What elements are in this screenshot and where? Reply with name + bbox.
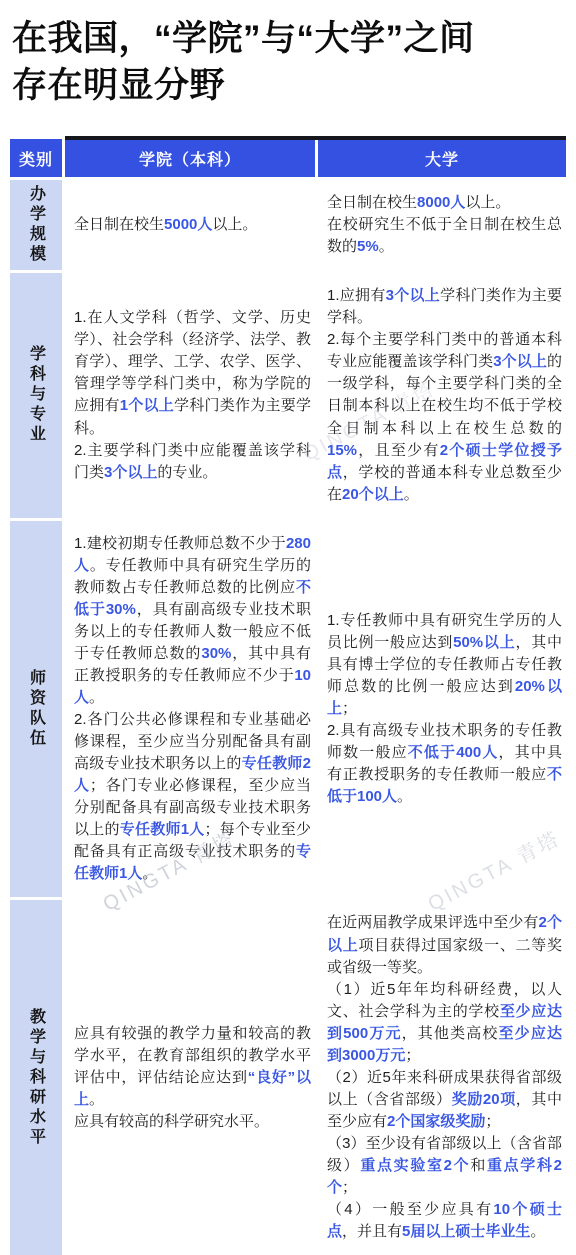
highlight-segment: 不低于400人 [408,744,499,761]
university-cell-teaching-research: 在近两届教学成果评选中至少有2个以上项目获得过国家级一、二等奖或省级一等奖。（1… [318,900,566,1255]
highlight-segment: 15% [327,442,357,459]
text-segment: 。 [89,1091,104,1108]
cell-paragraph: 1.专任教师中具有研究生学历的人员比例一般应达到50%以上，其中具有博士学位的专… [327,610,562,720]
text-segment: 。 [379,238,394,255]
cell-paragraph: 全日制在校生8000人以上。 [327,192,562,214]
text-segment: 1.建校初期专任教师总数不少于 [74,535,286,552]
highlight-segment: 20个以上 [342,486,404,503]
highlight-segment: 1个以上 [120,397,174,414]
text-segment: 。 [89,689,104,706]
category-label: 学科与专业 [25,345,48,445]
category-label: 师资队伍 [25,669,48,749]
highlight-segment: 30% [201,645,231,662]
text-segment: 。 [397,788,412,805]
infographic-page: 在我国，“学院”与“大学”之间 存在明显分野 类别 学院（本科） 大学 办学规模… [0,0,576,1255]
text-segment: ，其他类高校 [402,1025,499,1042]
highlight-segment: 专任教师1人 [120,821,205,838]
cell-paragraph: 1.在人文学科（哲学、文学、历史学）、社会学科（经济学、法学、教育学）、理学、工… [74,307,311,439]
text-segment: ，且至少有 [357,442,440,459]
university-cell-disciplines: 1.应拥有3个以上学科门类作为主要学科。2.每个主要学科门类中的普通本科专业应能… [318,273,566,517]
text-segment: 全日制在校生 [327,194,417,211]
highlight-segment: 2个国家级奖励 [387,1113,485,1130]
cell-paragraph: 2.各门公共必修课程和专业基础必修课程，至少应当分别配备具有副高级专业技术职务以… [74,709,311,885]
category-cell-scale: 办学规模 [10,180,62,270]
college-cell-disciplines: 1.在人文学科（哲学、文学、历史学）、社会学科（经济学、法学、教育学）、理学、工… [65,273,315,517]
header-cell-college: 学院（本科） [65,139,315,177]
highlight-segment: 3个以上 [493,353,547,370]
page-title: 在我国，“学院”与“大学”之间 存在明显分野 [0,0,576,109]
title-line-2: 存在明显分野 [12,63,562,110]
cell-paragraph: 2.具有高级专业技术职务的专任教师数一般应不低于400人，其中具有正教授职务的专… [327,720,562,808]
cell-paragraph: （3）至少设有省部级以上（含省部级）重点实验室2个和重点学科2个； [327,1133,562,1199]
text-segment: 和 [470,1157,487,1174]
text-segment: ； [342,700,357,717]
college-cell-teaching-research: 应具有较强的教学力量和较高的教学水平，在教育部组织的教学水平评估中，评估结论应达… [65,900,315,1255]
text-segment: 1.应拥有 [327,287,386,304]
comparison-table: 类别 学院（本科） 大学 办学规模 全日制在校生5000人以上。 全日制在校生8… [10,139,566,1255]
category-label: 办学规模 [25,185,48,265]
text-segment: 以上。 [212,216,257,233]
text-segment: 的专业。 [157,464,217,481]
college-cell-faculty: 1.建校初期专任教师总数不少于280人。专任教师中具有研究生学历的教师数占专任教… [65,521,315,898]
title-line-1: 在我国，“学院”与“大学”之间 [12,16,562,63]
cell-paragraph: 在校研究生不低于全日制在校生总数的5%。 [327,214,562,258]
college-cell-scale: 全日制在校生5000人以上。 [65,180,315,270]
text-segment: ； [485,1113,500,1130]
header-cell-university: 大学 [318,139,566,177]
text-segment: 项目获得过国家级一、二等奖或省级一等奖。 [327,937,562,976]
text-segment: 。专任教师中具有研究生学历的教师数占专任教师总数的比例应 [74,557,311,596]
cell-paragraph: 在近两届教学成果评选中至少有2个以上项目获得过国家级一、二等奖或省级一等奖。 [327,912,562,978]
highlight-segment: 3个以上 [386,287,440,304]
cell-paragraph: 2.主要学科门类中应能覆盖该学科门类3个以上的专业。 [74,440,311,484]
university-cell-faculty: 1.专任教师中具有研究生学历的人员比例一般应达到50%以上，其中具有博士学位的专… [318,521,566,898]
text-segment: 。 [404,486,419,503]
text-segment: 。 [142,865,157,882]
cell-paragraph: 1.建校初期专任教师总数不少于280人。专任教师中具有研究生学历的教师数占专任教… [74,533,311,709]
category-cell-faculty: 师资队伍 [10,521,62,898]
cell-paragraph: 全日制在校生5000人以上。 [74,214,311,236]
highlight-segment: 8000人 [417,194,465,211]
category-cell-teaching-research: 教学与科研水平 [10,900,62,1255]
highlight-segment: 5届以上硕士毕业生 [402,1223,530,1240]
text-segment: （4）一般至少应具有 [327,1201,493,1218]
cell-paragraph: 1.应拥有3个以上学科门类作为主要学科。 [327,285,562,329]
university-cell-scale: 全日制在校生8000人以上。在校研究生不低于全日制在校生总数的5%。 [318,180,566,270]
cell-paragraph: （4）一般至少应具有10个硕士点，并且有5届以上硕士毕业生。 [327,1199,562,1243]
table-top-accent-line [65,136,566,140]
text-segment: 。 [530,1223,545,1240]
cell-paragraph: 2.每个主要学科门类中的普通本科专业应能覆盖该学科门类3个以上的一级学科，每个主… [327,329,562,505]
text-segment: 全日制在校生 [74,216,164,233]
text-segment: ，并且有 [342,1223,402,1240]
highlight-segment: 5% [357,238,379,255]
highlight-segment: 50%以上 [453,634,515,651]
text-segment: ； [342,1179,357,1196]
header-cell-category: 类别 [10,139,62,177]
cell-paragraph: （1）近5年年均科研经费，以人文、社会学科为主的学校至少应达到500万元，其他类… [327,979,562,1067]
highlight-segment: 奖励20项 [452,1091,516,1108]
text-segment: 应具有较高的科学研究水平。 [74,1113,269,1130]
highlight-segment: 3个以上 [104,464,157,481]
cell-paragraph: 应具有较强的教学力量和较高的教学水平，在教育部组织的教学水平评估中，评估结论应达… [74,1023,311,1111]
cell-paragraph: 应具有较高的科学研究水平。 [74,1111,311,1133]
cell-paragraph: （2）近5年来科研成果获得省部级以上（含省部级）奖励20项，其中至少应有2个国家… [327,1067,562,1133]
text-segment: 以上。 [465,194,510,211]
category-label: 教学与科研水平 [25,1008,48,1148]
text-segment: 在近两届教学成果评选中至少有 [327,914,539,931]
highlight-segment: 5000人 [164,216,212,233]
highlight-segment: 重点实验室2个 [360,1157,470,1174]
category-cell-disciplines: 学科与专业 [10,273,62,517]
text-segment: ； [405,1047,420,1064]
